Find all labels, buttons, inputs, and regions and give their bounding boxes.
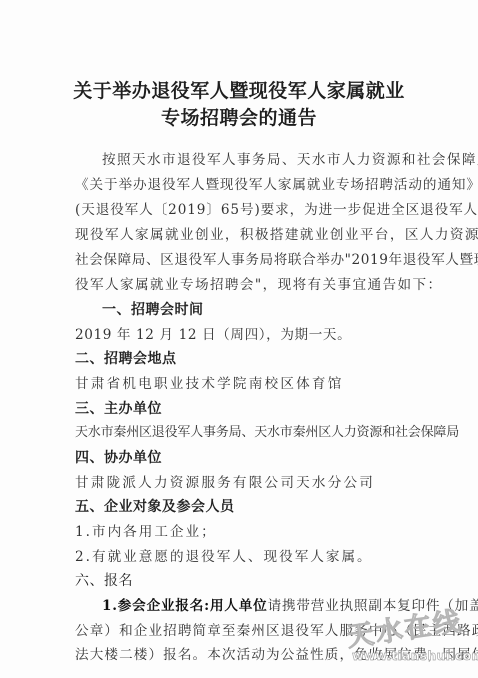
intro-line-2: 《关于举办退役军人暨现役军人家属就业专场招聘活动的通知》 xyxy=(75,176,425,194)
section-text-organizer: 天水市秦州区退役军人事务局、天水市秦州区人力资源和社会保障局 xyxy=(75,424,425,442)
section-heading-participants: 五、企业对象及参会人员 xyxy=(75,498,235,516)
participant-item-2: 2.有就业意愿的退役军人、现役军人家属。 xyxy=(75,548,425,566)
watermark-url: www.tianshui.com.cn xyxy=(352,648,474,663)
section-text-co-organizer: 甘肃陇派人力资源服务有限公司天水分公司 xyxy=(75,474,425,492)
registration-label: 1.参会企业报名: xyxy=(102,598,210,614)
section-heading-co-organizer: 四、协办单位 xyxy=(75,449,162,467)
document-title-line-2: 专场招聘会的通告 xyxy=(0,103,478,130)
section-text-time: 2019 年 12 月 12 日（周四），为期一天。 xyxy=(75,326,425,344)
section-heading-organizer: 三、主办单位 xyxy=(75,400,162,418)
intro-line-1: 按照天水市退役军人事务局、天水市人力资源和社会保障局 xyxy=(102,151,424,169)
intro-line-6: 役军人家属就业专场招聘会"，现将有关事宜通告如下： xyxy=(75,276,425,294)
section-heading-location: 二、招聘会地点 xyxy=(75,350,177,368)
watermark-logo-text: 天水在线 xyxy=(344,597,478,654)
registration-label-employer: 用人单位 xyxy=(210,598,268,614)
document-page: 关于举办退役军人暨现役军人家属就业 专场招聘会的通告 按照天水市退役军人事务局、… xyxy=(0,0,478,678)
intro-line-3: (天退役军人〔2019〕65号)要求，为进一步促进全区退役军人及 xyxy=(75,201,425,219)
section-heading-registration: 六、报名 xyxy=(75,572,133,590)
document-title-line-1: 关于举办退役军人暨现役军人家属就业 xyxy=(0,76,478,103)
section-text-location: 甘肃省机电职业技术学院南校区体育馆 xyxy=(75,375,425,393)
intro-line-5: 社会保障局、区退役军人事务局将联合举办"2019年退役军人暨现 xyxy=(75,251,425,269)
section-heading-time: 一、招聘会时间 xyxy=(102,301,204,319)
intro-line-4: 现役军人家属就业创业，积极搭建就业创业平台，区人力资源和 xyxy=(75,226,425,244)
tianshui-watermark: 天水在线 www.tianshui.com.cn xyxy=(352,604,472,674)
participant-item-1: 1.市内各用工企业； xyxy=(75,523,425,541)
